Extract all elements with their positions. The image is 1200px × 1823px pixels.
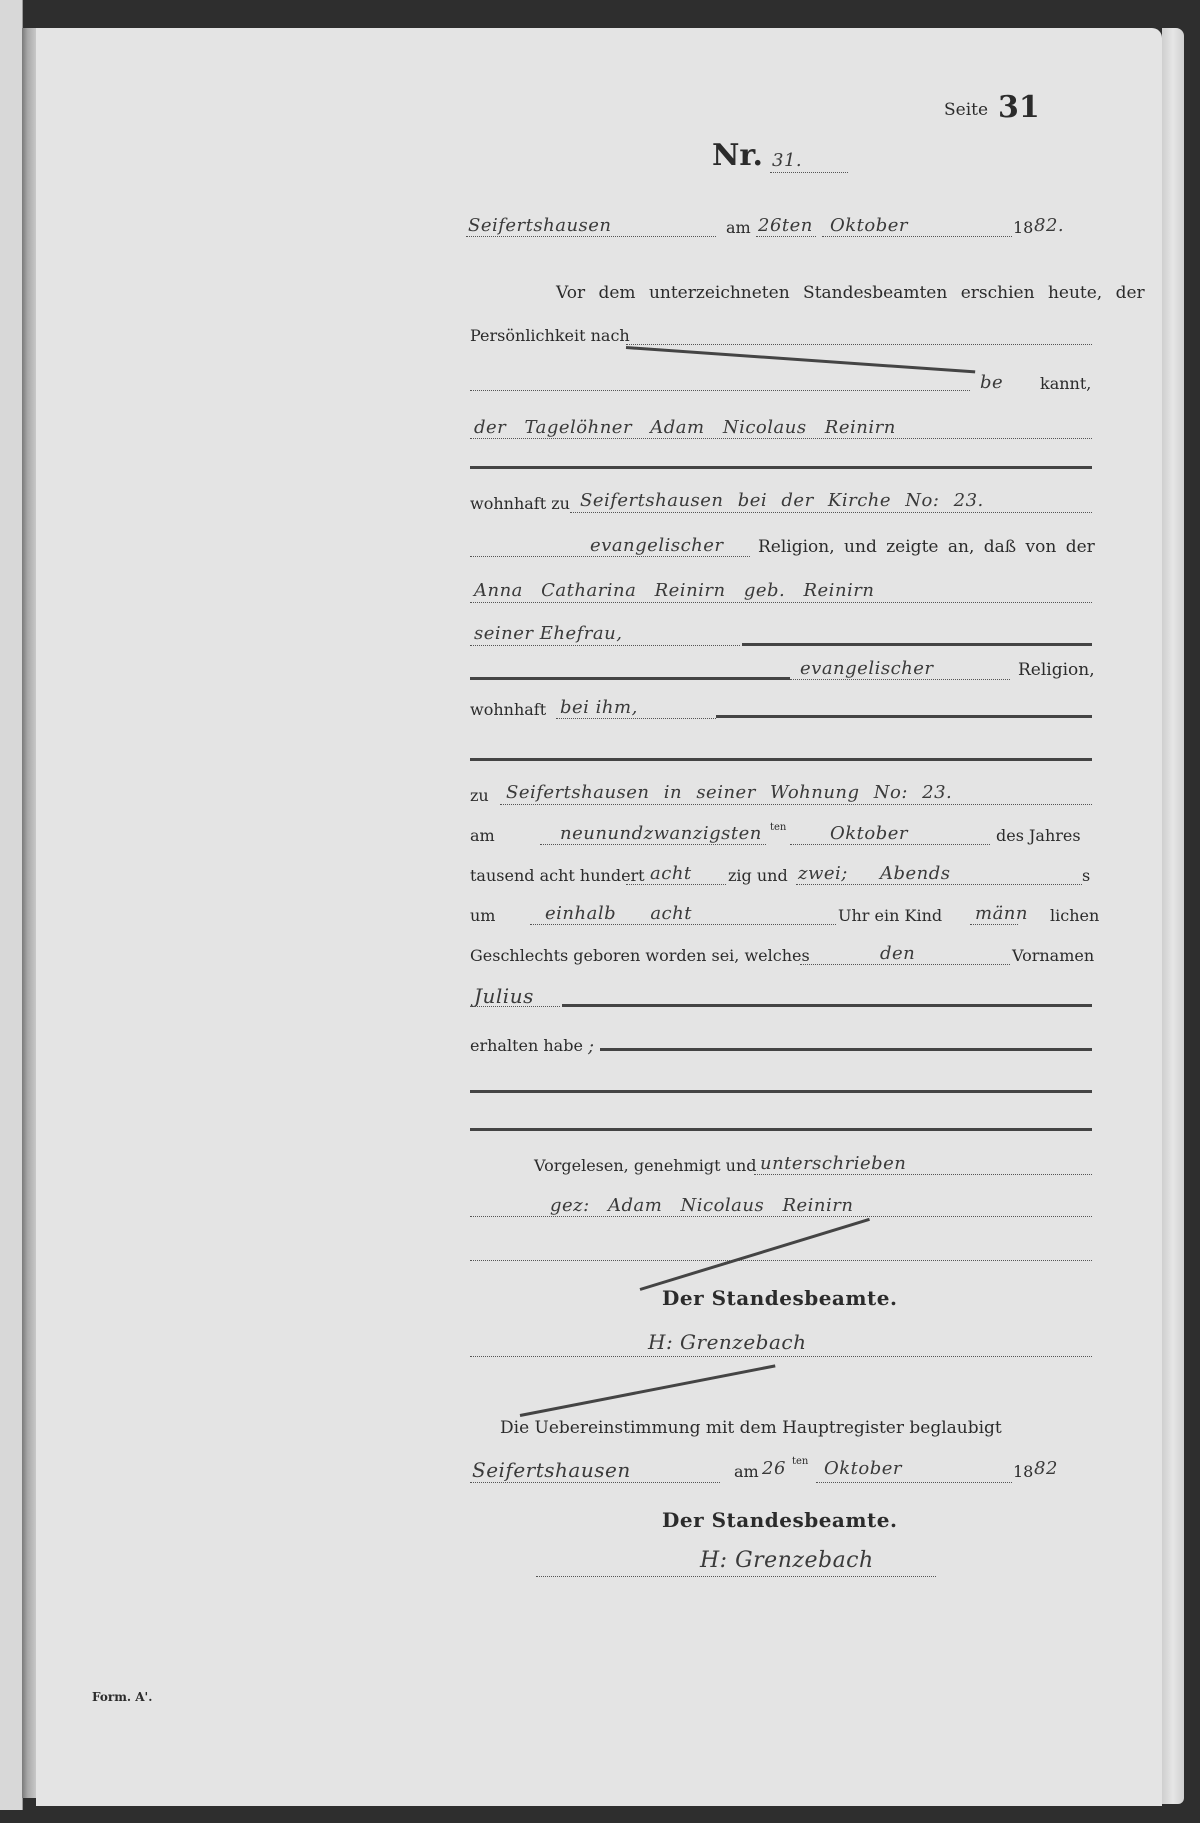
mother-residence-label: wohnhaft	[470, 700, 546, 719]
geschlecht-label: Geschlechts geboren worden sei, welches	[470, 946, 810, 965]
date-am-label: am	[470, 826, 495, 845]
informant: der Tagelöhner Adam Nicolaus Reinirn	[474, 417, 896, 438]
header-year-prefix: 18	[1013, 218, 1033, 237]
certification-signature: H: Grenzebach	[700, 1548, 874, 1573]
official-heading: Der Standesbeamte.	[662, 1286, 897, 1310]
read-hand: unterschrieben	[760, 1153, 906, 1174]
birth-day: neunundzwanzigsten	[560, 823, 762, 844]
read-label: Vorgelesen, genehmigt und	[534, 1156, 757, 1175]
mother-residence: bei ihm,	[560, 697, 638, 718]
personality-label: Persönlichkeit nach	[470, 326, 630, 345]
religion-text: Religion, und zeigte an, daß von der	[758, 537, 1095, 557]
erhalten-label: erhalten habe	[470, 1036, 583, 1055]
ten-label: ten	[770, 822, 786, 833]
header-month: Oktober	[830, 215, 908, 236]
certification-official-heading: Der Standesbeamte.	[662, 1508, 897, 1532]
certification-year-suffix: 82	[1034, 1458, 1058, 1479]
informant-signature: gez: Adam Nicolaus Reinirn	[550, 1195, 853, 1216]
official-signature: H: Grenzebach	[648, 1330, 806, 1354]
certification-ten-label: ten	[792, 1456, 808, 1467]
intro-text: Vor dem unterzeichneten Standesbeamten e…	[556, 283, 1145, 303]
zig-und-label: zig und	[728, 866, 788, 885]
vornamen-label: Vornamen	[1012, 946, 1094, 965]
residence: Seifertshausen bei der Kirche No: 23.	[580, 490, 984, 511]
seite-label: Seite	[944, 100, 988, 120]
mother-religion-label: Religion,	[1018, 660, 1095, 680]
form-code: Form. A'.	[92, 1690, 152, 1704]
certification-place: Seifertshausen	[472, 1458, 631, 1482]
record-number-line	[770, 172, 848, 173]
welches-hand: den	[880, 943, 915, 964]
header-am-label: am	[726, 218, 751, 237]
year-unit: zwei;	[798, 863, 848, 884]
mother-name: Anna Catharina Reinirn geb. Reinirn	[474, 580, 875, 601]
year-decade: acht	[650, 863, 692, 884]
known-label: kannt,	[1040, 374, 1091, 393]
record-number-label: Nr.	[712, 138, 763, 173]
certification-day: 26	[762, 1458, 786, 1479]
header-place: Seifertshausen	[468, 215, 612, 236]
certification-year-prefix: 18	[1013, 1462, 1033, 1481]
uhr-label: Uhr ein Kind	[838, 906, 942, 925]
left-page-edge	[0, 0, 23, 1810]
year-text-label: tausend acht hundert	[470, 866, 645, 885]
header-year-suffix: 82.	[1034, 215, 1064, 236]
mother-religion: evangelischer	[800, 658, 934, 679]
certification-statement: Die Uebereinstimmung mit dem Hauptregist…	[500, 1418, 1002, 1438]
header-day: 26ten	[758, 215, 813, 236]
residence-label: wohnhaft zu	[470, 494, 570, 513]
birth-hour: einhalb acht	[545, 903, 692, 924]
date-year-label: des Jahres	[996, 826, 1081, 845]
certification-am-label: am	[734, 1462, 759, 1481]
erhalten-hand: ;	[588, 1036, 595, 1057]
birth-month: Oktober	[830, 823, 908, 844]
um-label: um	[470, 906, 495, 925]
page-stack-edge	[1162, 28, 1184, 1804]
s-suffix: s	[1082, 866, 1090, 885]
child-name: Julius	[474, 984, 534, 1008]
record-number-value: 31.	[772, 150, 802, 171]
informant-religion: evangelischer	[590, 535, 724, 556]
book-gutter	[22, 28, 36, 1798]
mother-relation: seiner Ehefrau,	[474, 623, 622, 644]
known-suffix: be	[980, 372, 1003, 393]
time-of-day: Abends	[880, 863, 951, 884]
certification-month: Oktober	[824, 1458, 902, 1479]
birth-place: Seifertshausen in seiner Wohnung No: 23.	[506, 782, 952, 803]
lichen-label: lichen	[1050, 906, 1099, 925]
birth-place-label: zu	[470, 786, 489, 805]
child-sex: männ	[975, 903, 1028, 924]
page-number: 31	[998, 90, 1040, 125]
